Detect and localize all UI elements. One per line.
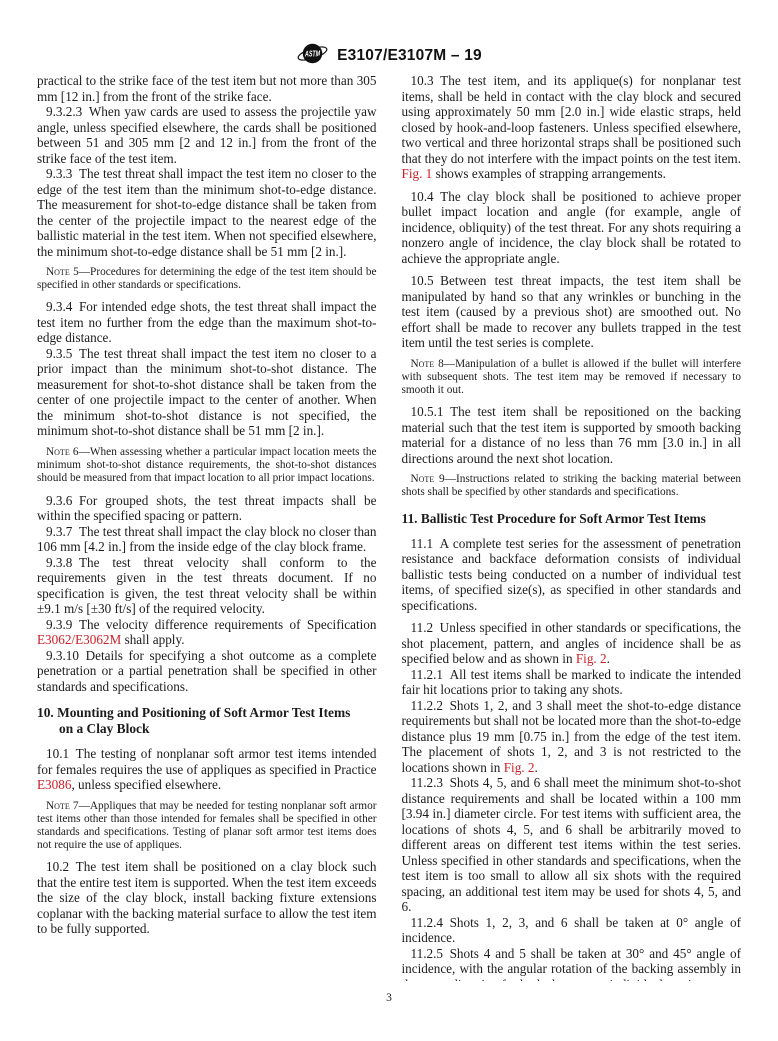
paragraph: 10.5 Between test threat impacts, the te… xyxy=(402,273,742,351)
paragraph: 11.2.1 All test items shall be marked to… xyxy=(402,667,742,698)
paragraph: 9.3.2.3 When yaw cards are used to asses… xyxy=(37,104,377,166)
paragraph: 11.2.3 Shots 4, 5, and 6 shall meet the … xyxy=(402,775,742,915)
ref-link[interactable]: Fig. 2 xyxy=(504,760,535,775)
paragraph: 10.3 The test item, and its applique(s) … xyxy=(402,73,742,182)
paragraph: 11.2 Unless specified in other standards… xyxy=(402,620,742,667)
ref-link[interactable]: E3062/E3062M xyxy=(37,632,121,647)
right-column: 10.3 The test item, and its applique(s) … xyxy=(402,73,742,981)
page-footer: 3 xyxy=(0,992,778,1004)
paragraph: 11.2.4 Shots 1, 2, 3, and 6 shall be tak… xyxy=(402,915,742,946)
page-header: ASTM E3107/E3107M – 19 xyxy=(0,40,778,72)
note: Note 8—Manipulation of a bullet is allow… xyxy=(402,358,742,398)
ref-link[interactable]: E3086 xyxy=(37,777,71,792)
note: Note 6—When assessing whether a particul… xyxy=(37,446,377,486)
ref-link[interactable]: Fig. 2 xyxy=(576,651,607,666)
paragraph: 10.1 The testing of nonplanar soft armor… xyxy=(37,746,377,793)
paragraph: 11.1 A complete test series for the asse… xyxy=(402,536,742,614)
document-page: ASTM E3107/E3107M – 19 practical to the … xyxy=(0,0,778,1041)
paragraph: 10.2 The test item shall be positioned o… xyxy=(37,859,377,937)
paragraph: 9.3.7 The test threat shall impact the c… xyxy=(37,524,377,555)
text-columns: practical to the strike face of the test… xyxy=(37,73,741,981)
paragraph: 10.5.1 The test item shall be reposition… xyxy=(402,404,742,466)
section-heading-line: 10. Mounting and Positioning of Soft Arm… xyxy=(37,705,377,721)
page-number: 3 xyxy=(386,992,392,1004)
note-label: Note 8 xyxy=(411,358,444,370)
paragraph: 9.3.4 For intended edge shots, the test … xyxy=(37,299,377,346)
doc-designation: E3107/E3107M – 19 xyxy=(337,47,482,65)
paragraph: 9.3.6 For grouped shots, the test threat… xyxy=(37,493,377,524)
paragraph: 10.4 The clay block shall be positioned … xyxy=(402,189,742,267)
paragraph: 9.3.3 The test threat shall impact the t… xyxy=(37,166,377,259)
ref-link[interactable]: Fig. 1 xyxy=(402,166,433,181)
paragraph: practical to the strike face of the test… xyxy=(37,73,377,104)
paragraph: 11.2.2 Shots 1, 2, and 3 shall meet the … xyxy=(402,698,742,776)
section-heading: 10. Mounting and Positioning of Soft Arm… xyxy=(37,705,377,737)
paragraph: 9.3.10 Details for specifying a shot out… xyxy=(37,648,377,695)
section-heading-line: on a Clay Block xyxy=(37,721,377,737)
paragraph: 9.3.8 The test threat velocity shall con… xyxy=(37,555,377,617)
section-heading-line: 11. Ballistic Test Procedure for Soft Ar… xyxy=(402,511,742,527)
section-heading: 11. Ballistic Test Procedure for Soft Ar… xyxy=(402,511,742,527)
left-column: practical to the strike face of the test… xyxy=(37,73,377,981)
paragraph: 11.2.5 Shots 4 and 5 shall be taken at 3… xyxy=(402,946,742,981)
astm-logo-icon: ASTM xyxy=(296,40,329,72)
note-label: Note 6 xyxy=(46,446,79,458)
paragraph: 9.3.9 The velocity difference requiremen… xyxy=(37,617,377,648)
note-label: Note 5 xyxy=(46,266,79,278)
note-label: Note 7 xyxy=(46,800,79,812)
note: Note 7—Appliques that may be needed for … xyxy=(37,800,377,853)
note: Note 9—Instructions related to striking … xyxy=(402,473,742,499)
paragraph: 9.3.5 The test threat shall impact the t… xyxy=(37,346,377,439)
note-label: Note 9 xyxy=(411,473,445,485)
note: Note 5—Procedures for determining the ed… xyxy=(37,266,377,292)
